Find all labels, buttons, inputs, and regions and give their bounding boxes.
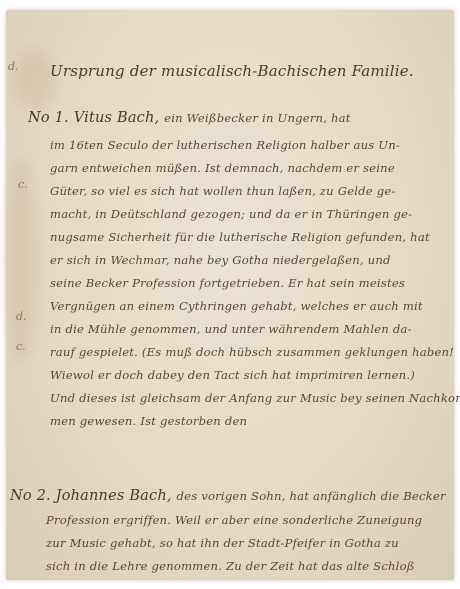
- entry-line: sich in die Lehre genommen. Zu der Zeit …: [46, 559, 415, 573]
- margin-note: c.: [18, 178, 28, 191]
- entry-line: macht, in Deütschland gezogen; und da er…: [50, 207, 412, 221]
- document-title: Ursprung der musicalisch-Bachischen Fami…: [50, 62, 414, 80]
- entry-number: No 1.: [28, 110, 69, 126]
- margin-note: c.: [16, 340, 26, 353]
- entry-line: in die Mühle genommen, und unter während…: [50, 322, 412, 336]
- margin-note: d.: [16, 310, 27, 323]
- entry-line: des vorigen Sohn, hat anfänglich die Bec…: [177, 489, 446, 503]
- entry-line: er sich in Wechmar, nahe bey Gotha niede…: [50, 253, 391, 267]
- entry-line: garn entweichen müßen. Ist demnach, nach…: [50, 161, 395, 175]
- entry-line: ein Weißbecker in Ungern, hat: [164, 111, 351, 125]
- entry-line: nugsame Sicherheit für die lutherische R…: [50, 230, 430, 244]
- entry-line: Profession ergriffen. Weil er aber eine …: [46, 513, 422, 527]
- paper-stain: [14, 50, 54, 110]
- entry-line: im 16ten Seculo der lutherischen Religio…: [50, 138, 400, 152]
- entry-number: No 2.: [10, 488, 51, 504]
- entry-line: men gewesen. Ist gestorben den: [50, 414, 247, 428]
- entry-line: seine Becker Profession fortgetrieben. E…: [50, 276, 405, 290]
- manuscript-page: d. c. d. c. Ursprung der musicalisch-Bac…: [6, 10, 454, 580]
- entry-line: Und dieses ist gleichsam der Anfang zur …: [50, 391, 460, 405]
- entry-line: Vergnügen an einem Cythringen gehabt, we…: [50, 299, 423, 313]
- entry-line: Güter, so viel es sich hat wollen thun l…: [50, 184, 396, 198]
- margin-note: d.: [8, 60, 19, 73]
- entry-line: rauf gespielet. (Es muß doch hübsch zusa…: [50, 345, 454, 359]
- entry-name: Vitus Bach,: [74, 110, 160, 126]
- entry-1-header: No 1. Vitus Bach, ein Weißbecker in Unge…: [28, 110, 351, 126]
- entry-line: Wiewol er doch dabey den Tact sich hat i…: [50, 368, 415, 382]
- entry-line: zur Music gehabt, so hat ihn der Stadt-P…: [46, 536, 399, 550]
- entry-2-header: No 2. Johannes Bach, des vorigen Sohn, h…: [10, 488, 446, 504]
- entry-name: Johannes Bach,: [56, 488, 172, 504]
